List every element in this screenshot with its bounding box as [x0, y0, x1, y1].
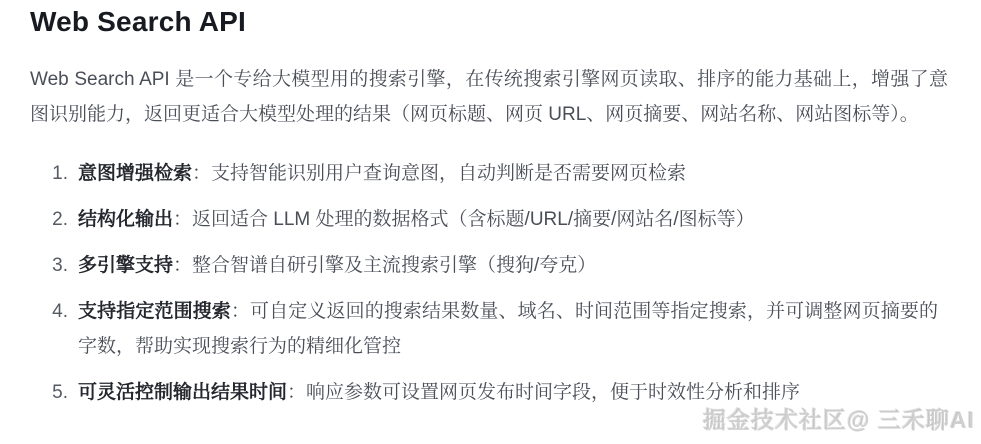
feature-list: 1. 意图增强检索：支持智能识别用户查询意图，自动判断是否需要网页检索 2. 结…	[50, 156, 951, 410]
feature-desc: ：返回适合 LLM 处理的数据格式（含标题/URL/摘要/网站名/图标等）	[173, 209, 755, 230]
feature-label: 可灵活控制输出结果时间	[78, 382, 287, 403]
feature-text: 可灵活控制输出结果时间：响应参数可设置网页发布时间字段，便于时效性分析和排序	[78, 375, 938, 410]
feature-number: 2.	[50, 202, 68, 237]
feature-text: 意图增强检索：支持智能识别用户查询意图，自动判断是否需要网页检索	[78, 156, 938, 191]
feature-number: 4.	[50, 294, 68, 329]
feature-item-5: 5. 可灵活控制输出结果时间：响应参数可设置网页发布时间字段，便于时效性分析和排…	[50, 375, 951, 410]
page-title: Web Search API	[30, 6, 951, 38]
feature-number: 1.	[50, 156, 68, 191]
document-page: Web Search API Web Search API 是一个专给大模型用的…	[0, 0, 981, 444]
feature-label: 支持指定范围搜索	[78, 301, 231, 322]
feature-text: 支持指定范围搜索：可自定义返回的搜索结果数量、域名、时间范围等指定搜索，并可调整…	[78, 294, 938, 364]
feature-label: 结构化输出	[78, 209, 173, 230]
feature-number: 3.	[50, 248, 68, 283]
feature-text: 结构化输出：返回适合 LLM 处理的数据格式（含标题/URL/摘要/网站名/图标…	[78, 202, 938, 237]
feature-label: 意图增强检索	[78, 163, 192, 184]
feature-number: 5.	[50, 375, 68, 410]
feature-text: 多引擎支持：整合智谱自研引擎及主流搜索引擎（搜狗/夸克）	[78, 248, 938, 283]
feature-item-2: 2. 结构化输出：返回适合 LLM 处理的数据格式（含标题/URL/摘要/网站名…	[50, 202, 951, 237]
feature-item-1: 1. 意图增强检索：支持智能识别用户查询意图，自动判断是否需要网页检索	[50, 156, 951, 191]
feature-item-4: 4. 支持指定范围搜索：可自定义返回的搜索结果数量、域名、时间范围等指定搜索，并…	[50, 294, 951, 364]
intro-paragraph: Web Search API 是一个专给大模型用的搜索引擎，在传统搜索引擎网页读…	[30, 62, 948, 132]
feature-desc: ：整合智谱自研引擎及主流搜索引擎（搜狗/夸克）	[173, 255, 596, 276]
feature-label: 多引擎支持	[78, 255, 173, 276]
feature-item-3: 3. 多引擎支持：整合智谱自研引擎及主流搜索引擎（搜狗/夸克）	[50, 248, 951, 283]
feature-desc: ：响应参数可设置网页发布时间字段，便于时效性分析和排序	[287, 382, 800, 403]
feature-desc: ：支持智能识别用户查询意图，自动判断是否需要网页检索	[192, 163, 686, 184]
